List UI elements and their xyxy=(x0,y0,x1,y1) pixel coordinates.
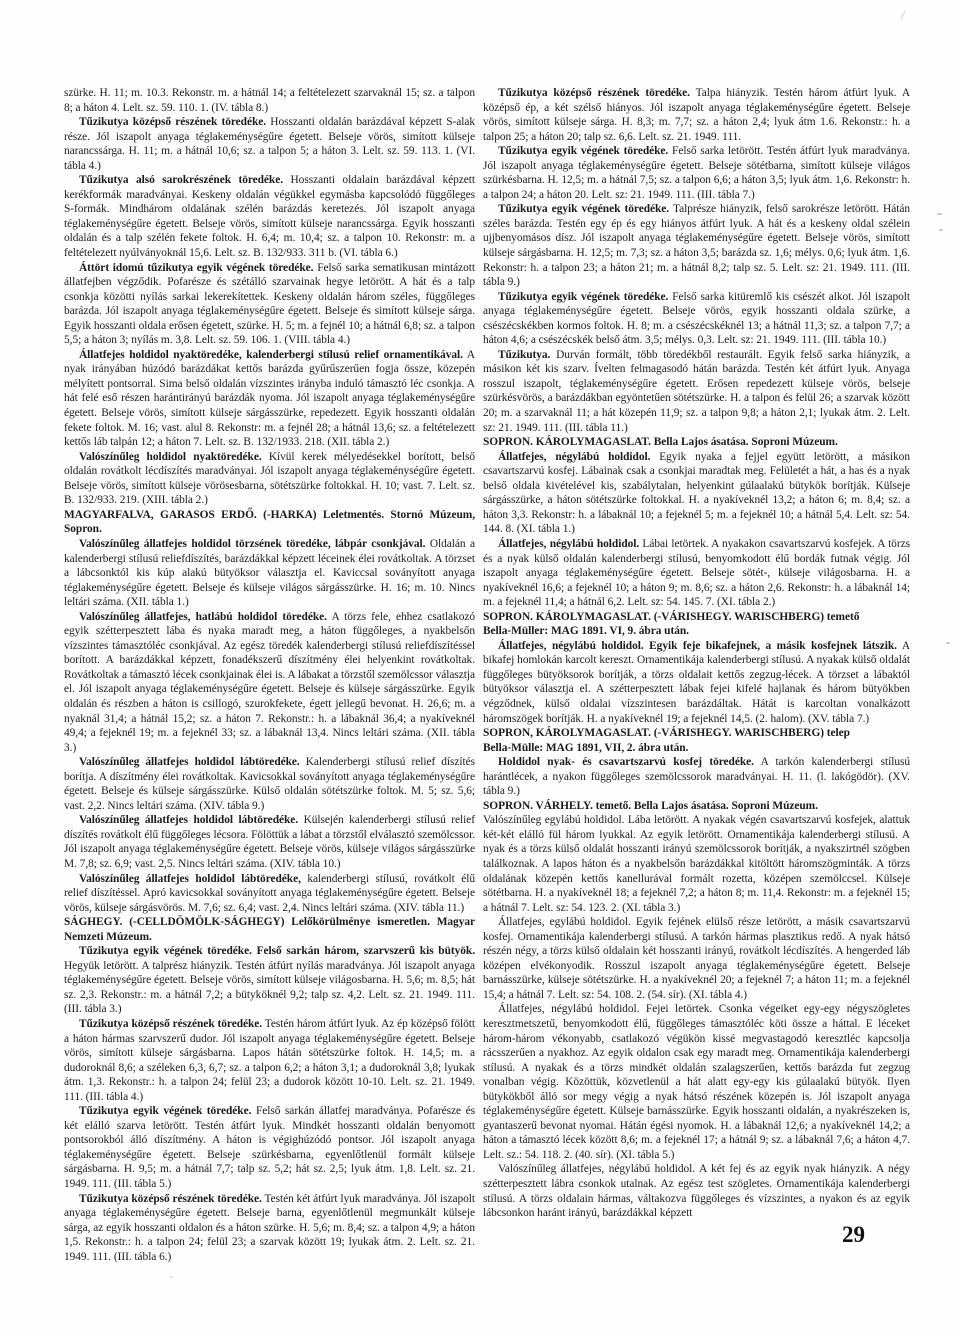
entry-lead: Tűzikutya alsó sarokrészének töredéke. xyxy=(79,174,283,186)
entry-paragraph: Valószínűleg egylábú holdidol. Lába letö… xyxy=(483,813,910,915)
entry-paragraph: Valószínűleg állatfejes holdidol lábtöre… xyxy=(64,813,475,871)
entry-paragraph: Állatfejes, négylábú holdidol. Egyik fej… xyxy=(483,639,910,726)
section-header: SOPRON. KÁROLYMAGASLAT. Bella Lajos ásat… xyxy=(483,435,910,450)
entry-lead: Valószínűleg állatfejes holdidol lábtöre… xyxy=(79,756,300,768)
section-header: Bella-Mülle: MAG 1891, VII, 2. ábra után… xyxy=(483,741,910,756)
section-header: Bella-Müller: MAG 1891. VI, 9. ábra után… xyxy=(483,624,910,639)
scan-artifact xyxy=(900,10,906,20)
entry-lead: Állatfejes, négylábú holdidol. xyxy=(498,451,650,463)
entry-paragraph: Áttört idomú tűzikutya egyik végének tör… xyxy=(64,261,475,348)
entry-lead: Tűzikutya középső részének töredéke. xyxy=(498,87,690,99)
section-header: SOPRON, KÁROLYMAGASLAT. (-VÁRISHEGY. WAR… xyxy=(483,726,910,741)
entry-paragraph: Valószínűleg állatfejes holdidol törzsén… xyxy=(64,537,475,610)
section-header: SÁGHEGY. (-CELLDÖMÖLK-SÁGHEGY) Lelőkörül… xyxy=(64,915,475,944)
text-content: szürke. H. 11; m. 10.3. Rekonstr. m. a h… xyxy=(64,86,910,1264)
entry-paragraph: Tűzikutya középső részének töredéke. Tal… xyxy=(483,86,910,144)
section-header: MAGYARFALVA, GARASOS ERDŐ. (-HARKA) Lele… xyxy=(64,508,475,537)
entry-lead: Tűzikutya egyik végének töredéke. Felső … xyxy=(79,945,475,957)
entry-paragraph: Állatfejes, egylábú holdidol. Egyik fejé… xyxy=(483,915,910,1002)
right-column: Tűzikutya középső részének töredéke. Tal… xyxy=(483,86,910,1264)
entry-paragraph: Tűzikutya alsó sarokrészének töredéke. H… xyxy=(64,173,475,260)
scan-artifact xyxy=(170,1276,173,1278)
left-column: szürke. H. 11; m. 10.3. Rekonstr. m. a h… xyxy=(64,86,475,1264)
page-number: 29 xyxy=(842,1222,865,1248)
entry-paragraph: Tűzikutya egyik végének töredéke. Felső … xyxy=(483,144,910,202)
entry-lead: Állatfejes, négylábú holdidol. Egyik fej… xyxy=(498,640,897,652)
scan-artifact xyxy=(946,642,950,644)
entry-paragraph: szürke. H. 11; m. 10.3. Rekonstr. m. a h… xyxy=(64,86,475,115)
section-header: SOPRON. KÁROLYMAGASLAT. (-VÁRISHEGY. WAR… xyxy=(483,610,910,625)
entry-paragraph: Valószínűleg holdidol nyaktöredéke. Kívü… xyxy=(64,450,475,508)
entry-lead: Valószínűleg holdidol nyaktöredéke. xyxy=(79,451,262,463)
entry-paragraph: Holdidol nyak- és csavartszarvú kosfej t… xyxy=(483,755,910,799)
entry-lead: Tűzikutya középső részének töredéke. xyxy=(79,1193,262,1205)
entry-paragraph: Állatfejes, négylábú holdidol. Lábai let… xyxy=(483,537,910,610)
entry-paragraph: Tűzikutya egyik végének töredéke. Talpré… xyxy=(483,202,910,289)
entry-lead: Tűzikutya középső részének töredéke. xyxy=(79,116,266,128)
entry-lead: Valószínűleg állatfejes holdidol lábtöre… xyxy=(79,873,301,885)
entry-lead: Áttört idomú tűzikutya egyik végének tör… xyxy=(79,262,313,274)
scan-artifact xyxy=(939,229,943,231)
section-header: SOPRON. VÁRHELY. temető. Bella Lajos ása… xyxy=(483,799,910,814)
entry-paragraph: Tűzikutya. Durván formált, több töredékb… xyxy=(483,348,910,435)
entry-lead: Tűzikutya egyik végének töredéke. xyxy=(498,145,668,157)
entry-paragraph: Állatfejes, négylábú holdidol. Egyik nya… xyxy=(483,450,910,537)
scanned-book-page: szürke. H. 11; m. 10.3. Rekonstr. m. a h… xyxy=(0,0,960,1336)
entry-paragraph: Állatfejes holdidol nyaktöredéke, kalend… xyxy=(64,348,475,450)
entry-paragraph: Tűzikutya egyik végének töredéke. Felső … xyxy=(483,290,910,348)
entry-lead: Állatfejes, négylábú holdidol. xyxy=(498,538,639,550)
entry-lead: Valószínűleg állatfejes, hatlábú holdido… xyxy=(79,611,327,623)
entry-paragraph: Állatfejes, négylábú holdidol. Fejei let… xyxy=(483,1002,910,1162)
entry-lead: Tűzikutya középső részének töredéke. xyxy=(79,1018,262,1030)
entry-paragraph: Tűzikutya egyik végének töredéke. Felső … xyxy=(64,1104,475,1191)
entry-paragraph: Tűzikutya középső részének töredéke. Tes… xyxy=(64,1192,475,1265)
entry-lead: Tűzikutya egyik végének töredéke. xyxy=(498,203,669,215)
entry-paragraph: Valószínűleg állatfejes holdidol lábtöre… xyxy=(64,755,475,813)
entry-lead: Állatfejes holdidol nyaktöredéke, kalend… xyxy=(79,349,463,361)
entry-lead: Tűzikutya egyik végének töredéke. xyxy=(79,1105,251,1117)
entry-lead: Valószínűleg állatfejes holdidol lábtöre… xyxy=(79,814,298,826)
scan-artifact xyxy=(937,213,942,215)
entry-lead: Holdidol nyak- és csavartszarvú kosfej t… xyxy=(498,756,754,768)
entry-paragraph: Valószínűleg állatfejes holdidol lábtöre… xyxy=(64,872,475,916)
entry-lead: Valószínűleg állatfejes holdidol törzsén… xyxy=(79,538,425,550)
entry-lead: Tűzikutya. xyxy=(498,349,550,361)
entry-paragraph: Valószínűleg állatfejes, négylábú holdid… xyxy=(483,1162,910,1220)
entry-lead: Tűzikutya egyik végének töredéke. xyxy=(498,291,668,303)
entry-paragraph: Tűzikutya középső részének töredéke. Tes… xyxy=(64,1017,475,1104)
entry-paragraph: Tűzikutya középső részének töredéke. Hos… xyxy=(64,115,475,173)
entry-paragraph: Tűzikutya egyik végének töredéke. Felső … xyxy=(64,944,475,1017)
entry-paragraph: Valószínűleg állatfejes, hatlábú holdido… xyxy=(64,610,475,755)
